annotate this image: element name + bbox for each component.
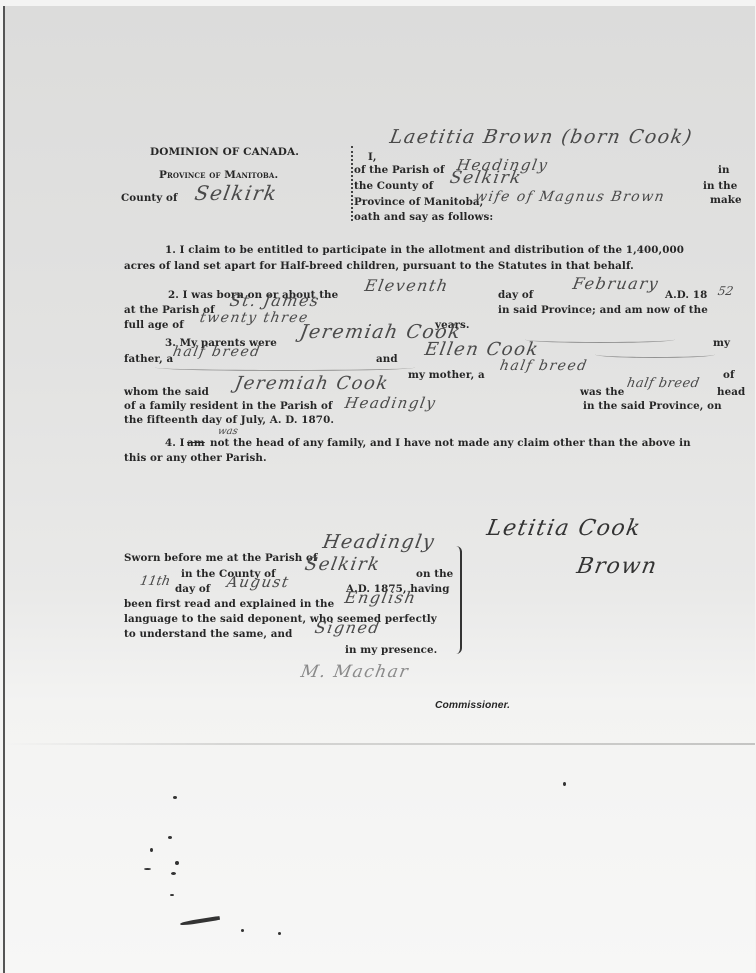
page-fold [5, 743, 755, 745]
ink-spot [170, 894, 174, 896]
ink-spot [150, 848, 153, 852]
understand-label: to understand the same, and [124, 628, 292, 640]
make-label: make [710, 194, 742, 206]
on-the-label: on the [416, 568, 453, 580]
age-label: full age of [124, 319, 184, 331]
my-label: my [713, 337, 730, 349]
ink-spot [171, 872, 176, 875]
ink-spot [144, 868, 151, 870]
province-label: Province of Manitoba, [354, 196, 483, 208]
county-label-2: the County of [354, 180, 433, 192]
ink-spot [168, 836, 172, 839]
head-label: head [717, 386, 745, 398]
ink-spot [241, 929, 244, 932]
clause-1-line-2: acres of land set apart for Half-breed c… [124, 260, 634, 272]
county-handwritten: Selkirk [193, 181, 280, 205]
day-of-label: day of [498, 289, 533, 301]
language-handwritten: English [343, 588, 418, 607]
jurat-day-handwritten: 11th [139, 574, 172, 589]
commissioner-signature: M. Machar [299, 662, 411, 682]
deponent-name-handwritten: Laetitia Brown (born Cook) [388, 126, 695, 148]
in-the-label: in the [703, 180, 737, 192]
i-label: I, [368, 151, 377, 163]
dominion-heading: DOMINION OF CANADA. [150, 146, 299, 158]
struck-word: am [187, 437, 205, 449]
inserted-word-handwritten: was [217, 426, 239, 437]
parish-label: of the Parish of [354, 164, 445, 176]
filler-line [155, 364, 415, 371]
birth-parish-handwritten: St. James [228, 291, 321, 310]
ink-smudge [180, 916, 220, 926]
language-line: language to the said deponent, who seeme… [124, 613, 437, 625]
deponent-signature-line-2: Brown [575, 554, 660, 579]
document-page: DOMINION OF CANADA. Province of Manitoba… [3, 6, 755, 973]
age-handwritten: twenty three [199, 310, 311, 326]
ink-spot [173, 796, 177, 799]
filler-line [525, 336, 675, 343]
head-type-handwritten: half breed [626, 376, 701, 391]
filler-line [595, 351, 715, 358]
jurat-parish-handwritten: Headingly [321, 531, 437, 553]
province-note-handwritten: wife of Magnus Brown [474, 189, 667, 205]
father-type-handwritten: half breed [172, 344, 262, 360]
ink-spot [563, 782, 566, 786]
jurat-brace [454, 546, 462, 654]
ink-spot [278, 932, 281, 935]
clause-4-prefix: 4. I [165, 437, 185, 449]
family-parish-handwritten: Headingly [343, 394, 438, 412]
county-handwritten-2: Selkirk [448, 168, 523, 188]
date-label: the fifteenth day of July, A. D. 1870. [124, 414, 334, 426]
birth-month-handwritten: February [571, 274, 660, 293]
was-the-label: was the [580, 386, 624, 398]
oath-label: oath and say as follows: [354, 211, 493, 223]
of-label: of [723, 369, 735, 381]
birth-day-handwritten: Eleventh [363, 276, 450, 295]
ink-spot [175, 861, 179, 865]
read-label: been first read and explained in the [124, 598, 334, 610]
province-heading: Province of Manitoba. [159, 169, 278, 181]
clause-4-line-1: not the head of any family, and I have n… [210, 437, 691, 449]
mother-name-handwritten: Ellen Cook [423, 339, 541, 360]
deponent-signature-line-1: Letitia Cook [485, 516, 644, 541]
jurat-day-of-label: day of [175, 583, 210, 595]
presence-label: in my presence. [345, 644, 437, 656]
in-label: in [718, 164, 730, 176]
said-province-label: in said Province; and am now of the [498, 304, 708, 316]
said-province-on-label: in the said Province, on [583, 400, 722, 412]
jurat-county-handwritten: Selkirk [303, 554, 382, 575]
birth-year-handwritten: 52 [717, 284, 735, 298]
sworn-label: Sworn before me at the Parish of [124, 552, 318, 564]
mother-label: my mother, a [408, 369, 485, 381]
whom-label: whom the said [124, 386, 209, 398]
commissioner-label: Commissioner. [435, 700, 510, 711]
ad-label: A.D. 18 [665, 289, 707, 301]
jurat-month-handwritten: August [225, 573, 291, 591]
county-label: County of [121, 192, 178, 204]
family-label: of a family resident in the Parish of [124, 400, 333, 412]
clause-1-line-1: 1. I claim to be entitled to participate… [165, 244, 684, 256]
mother-type-handwritten: half breed [499, 358, 589, 374]
action-handwritten: Signed [313, 618, 382, 637]
clause-4-line-2: this or any other Parish. [124, 452, 267, 464]
head-name-handwritten: Jeremiah Cook [233, 373, 391, 394]
